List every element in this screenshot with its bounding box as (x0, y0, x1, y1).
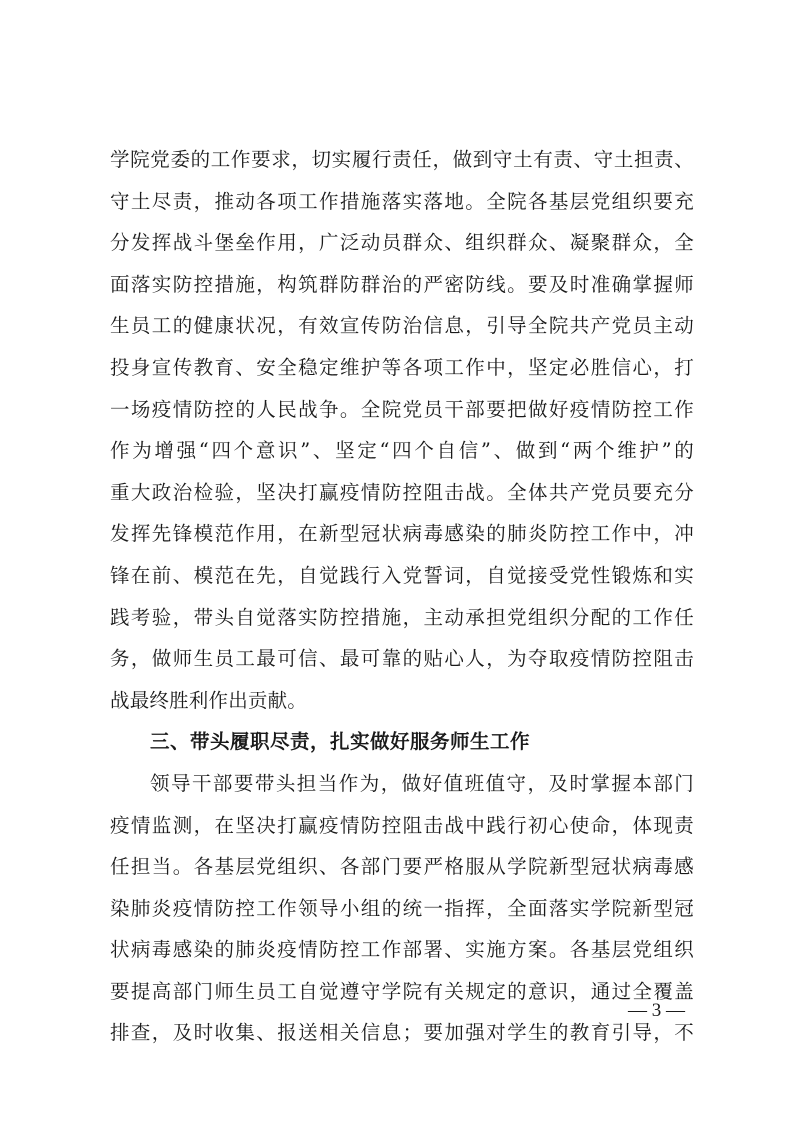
page-number: — 3 — (628, 1000, 685, 1022)
paragraph-line: 排查，及时收集、报送相关信息；要加强对学生的教育引导，不 (110, 1012, 694, 1054)
paragraph-line: 生员工的健康状况，有效宣传防治信息，引导全院共产党员主动 (110, 305, 694, 347)
paragraph-line: 任担当。各基层党组织、各部门要严格服从学院新型冠状病毒感 (110, 846, 694, 888)
paragraph-line: 面落实防控措施，构筑群防群治的严密防线。要及时准确掌握师 (110, 264, 694, 306)
paragraph-line: 疫情监测，在坚决打赢疫情防控阻击战中践行初心使命，体现责 (110, 805, 694, 847)
paragraph-line: 一场疫情防控的人民战争。全院党员干部要把做好疫情防控工作 (110, 389, 694, 431)
paragraph-line: 要提高部门师生员工自觉遵守学院有关规定的意识，通过全覆盖 (110, 971, 694, 1013)
paragraph-line: 务，做师生员工最可信、最可靠的贴心人，为夺取疫情防控阻击 (110, 638, 694, 680)
paragraph-line: 践考验，带头自觉落实防控措施，主动承担党组织分配的工作任 (110, 597, 694, 639)
paragraph-line: 发挥先锋模范作用，在新型冠状病毒感染的肺炎防控工作中，冲 (110, 513, 694, 555)
paragraph-line: 作为增强“四个意识”、坚定“四个自信”、做到“两个维护”的 (110, 430, 694, 472)
paragraph-line: 投身宣传教育、安全稳定维护等各项工作中，坚定必胜信心，打 (110, 347, 694, 389)
paragraph-line: 重大政治检验，坚决打赢疫情防控阻击战。全体共产党员要充分 (110, 472, 694, 514)
paragraph-line: 染肺炎疫情防控工作领导小组的统一指挥，全面落实学院新型冠 (110, 888, 694, 930)
document-page: 学院党委的工作要求，切实履行责任，做到守土有责、守土担责、 守土尽责，推动各项工… (0, 0, 793, 1122)
paragraph-line: 分发挥战斗堡垒作用，广泛动员群众、组织群众、凝聚群众，全 (110, 222, 694, 264)
paragraph-line: 战最终胜利作出贡献。 (110, 680, 694, 722)
section-heading: 三、带头履职尽责，扎实做好服务师生工作 (110, 721, 694, 763)
document-body: 学院党委的工作要求，切实履行责任，做到守土有责、守土担责、 守土尽责，推动各项工… (110, 139, 694, 1054)
paragraph-line: 学院党委的工作要求，切实履行责任，做到守土有责、守土担责、 (110, 139, 694, 181)
paragraph-line: 守土尽责，推动各项工作措施落实落地。全院各基层党组织要充 (110, 181, 694, 223)
paragraph-line: 状病毒感染的肺炎疫情防控工作部署、实施方案。各基层党组织 (110, 929, 694, 971)
paragraph-line: 锋在前、模范在先，自觉践行入党誓词，自觉接受党性锻炼和实 (110, 555, 694, 597)
paragraph-line: 领导干部要带头担当作为，做好值班值守，及时掌握本部门 (110, 763, 694, 805)
